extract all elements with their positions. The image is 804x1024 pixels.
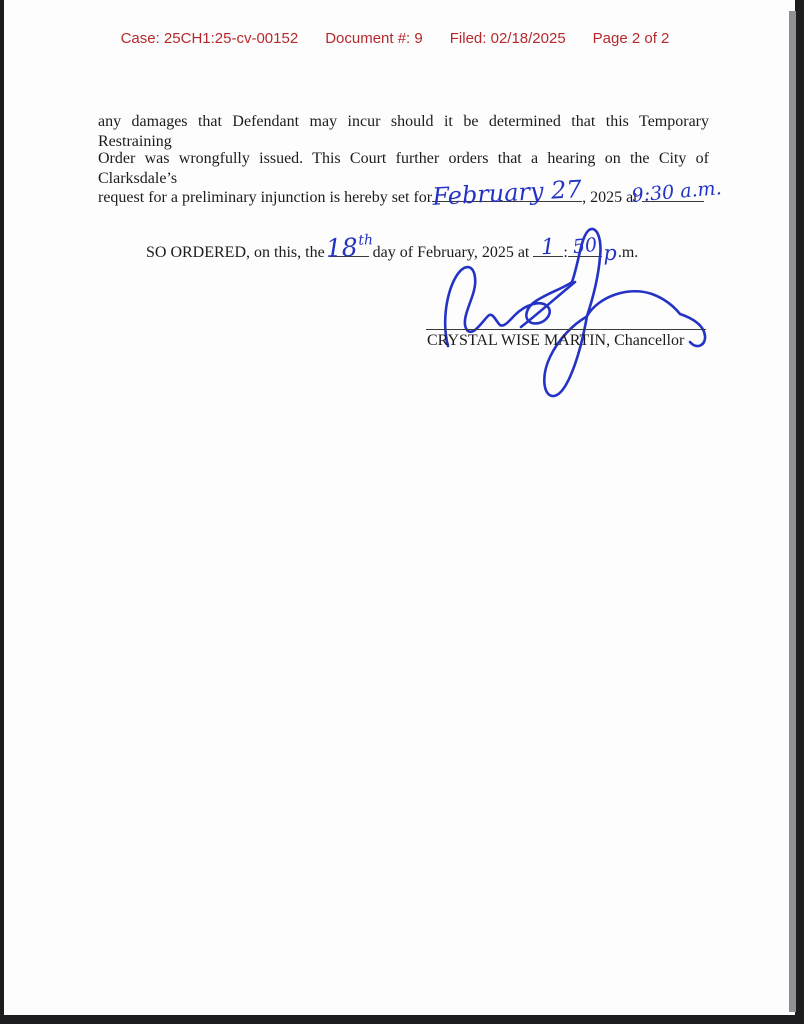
page-edge-right	[795, 0, 804, 1024]
handwritten-hearing-date: February 27	[432, 177, 582, 209]
handwritten-order-day: 18th	[325, 234, 372, 261]
hearing-date-blank: February 27	[432, 186, 582, 202]
judge-name-title: CRYSTAL WISE MARTIN, Chancellor	[427, 332, 684, 350]
order-day-suffix: th	[358, 232, 373, 249]
hearing-sentence-middle: , 2025 at	[582, 189, 638, 206]
case-number: Case: 25CH1:25-cv-00152	[121, 30, 299, 47]
hearing-time-blank: 9:30 a.m.	[642, 186, 704, 202]
judge-signature-ink	[428, 224, 718, 414]
page-edge-left	[0, 0, 4, 1024]
body-line-1: any damages that Defendant may incur sho…	[98, 112, 709, 152]
scrollbar-thumb[interactable]	[789, 11, 796, 1012]
order-day-blank: 18th	[329, 241, 369, 257]
document-number: Document #: 9	[325, 30, 423, 47]
page-edge-bottom	[0, 1015, 804, 1024]
order-day-number: 18	[325, 233, 358, 263]
body-line-2: Order was wrongfully issued. This Court …	[98, 149, 709, 189]
handwritten-hearing-time: 9:30 a.m.	[631, 179, 722, 206]
filed-date: Filed: 02/18/2025	[450, 30, 566, 47]
page-number: Page 2 of 2	[593, 30, 670, 47]
so-ordered-prefix: SO ORDERED, on this, the	[146, 244, 325, 261]
signature-line	[426, 329, 706, 330]
hearing-sentence-prefix: request for a preliminary injunction is …	[98, 189, 432, 206]
filing-stamp-header: Case: 25CH1:25-cv-00152 Document #: 9 Fi…	[0, 30, 790, 47]
body-line-3: request for a preliminary injunction is …	[98, 186, 704, 208]
